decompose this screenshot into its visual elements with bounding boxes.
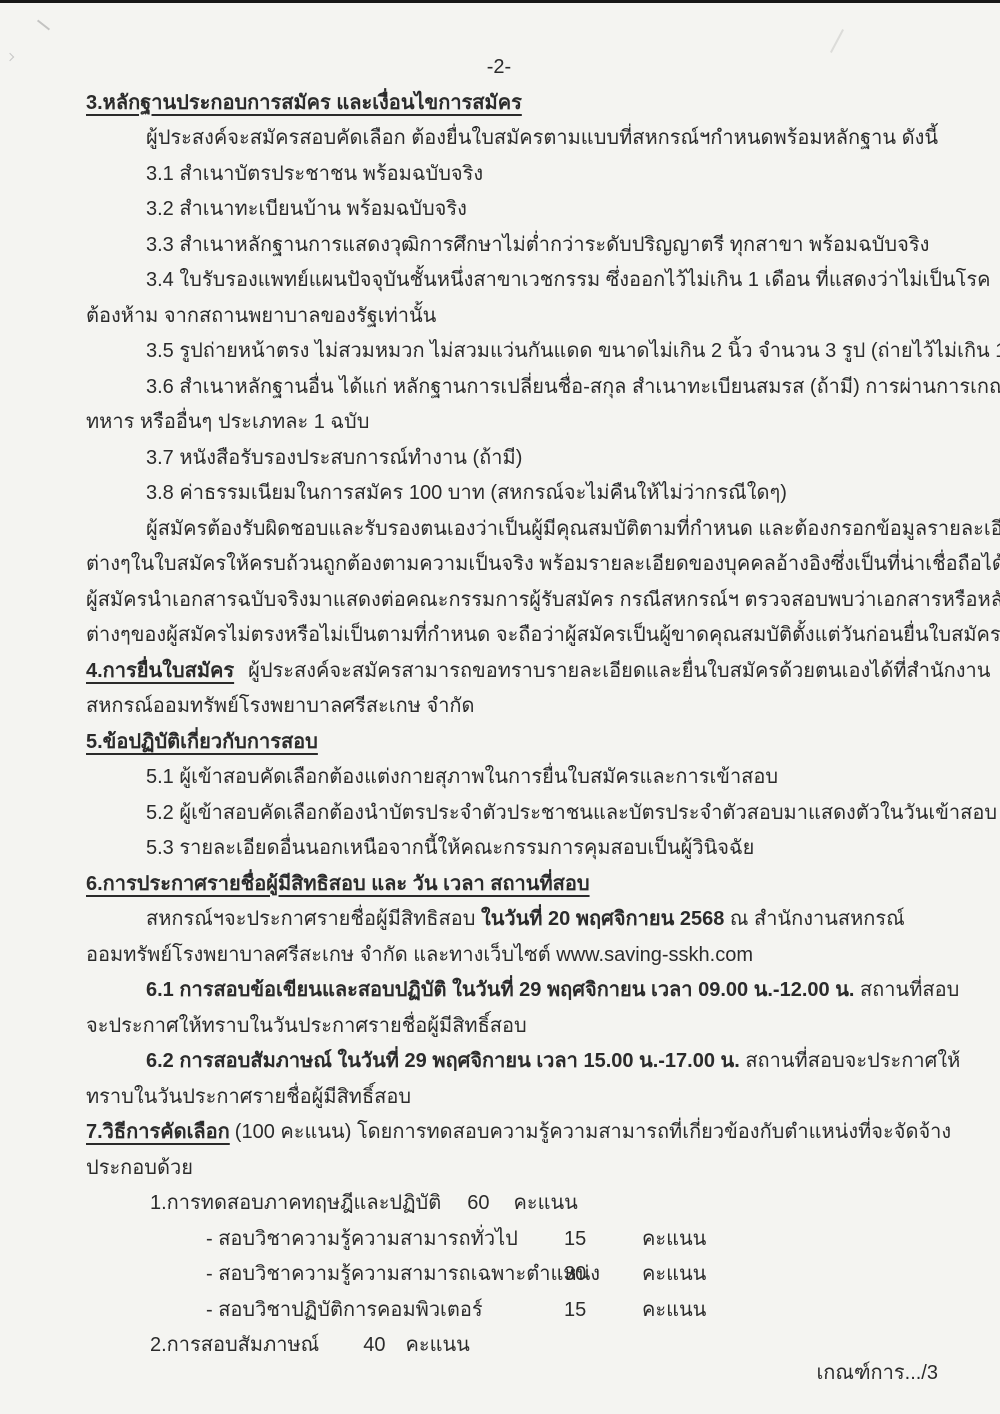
- section7-text: (100 คะแนน) โดยการทดสอบความรู้ความสามารถ…: [235, 1121, 951, 1143]
- page-continuation-marker: เกณฑ์การ.../3: [816, 1358, 938, 1388]
- section7-line2: ประกอบด้วย: [86, 1151, 912, 1187]
- section7-heading: 7.วิธีการคัดเลือก: [86, 1121, 230, 1143]
- section3-para-line1: ผู้สมัครต้องรับผิดชอบและรับรองตนเองว่าเป…: [86, 512, 912, 548]
- item-6-1-line1: 6.1 การสอบข้อเขียนและสอบปฏิบัติ ในวันที่…: [86, 973, 912, 1009]
- item-5-3: 5.3 รายละเอียดอื่นนอกเหนือจากนี้ให้คณะกร…: [86, 831, 912, 867]
- item-3-1: 3.1 สำเนาบัตรประชาชน พร้อมฉบับจริง: [86, 157, 912, 193]
- item-3-6-line2: ทหาร หรืออื่นๆ ประเภทละ 1 ฉบับ: [86, 405, 912, 441]
- section4-heading: 4.การยื่นใบสมัคร: [86, 660, 234, 682]
- item-3-8: 3.8 ค่าธรรมเนียมในการสมัคร 100 บาท (สหกร…: [86, 476, 912, 512]
- section5-heading: 5.ข้อปฏิบัติเกี่ยวกับการสอบ: [86, 731, 318, 753]
- section3-heading-line: 3.หลักฐานประกอบการสมัคร และเงื่อนไขการสม…: [86, 86, 912, 122]
- item-6-2-line1: 6.2 การสอบสัมภาษณ์ ในวันที่ 29 พฤศจิกายน…: [86, 1044, 912, 1080]
- scan-artifact: [6, 53, 14, 61]
- section3-intro: ผู้ประสงค์จะสมัครสอบคัดเลือก ต้องยื่นใบส…: [86, 121, 912, 157]
- score-label: - สอบวิชาความรู้ความสามารถเฉพาะตำแหน่ง: [206, 1257, 564, 1293]
- section3-para-line3: ผู้สมัครนำเอกสารฉบับจริงมาแสดงต่อคณะกรรม…: [86, 583, 912, 619]
- item-6-2-rest: สถานที่สอบจะประกาศให้: [740, 1050, 961, 1072]
- section6-line1: สหกรณ์ฯจะประกาศรายชื่อผู้มีสิทธิสอบ ในวั…: [86, 902, 912, 938]
- written-exam-schedule: 6.1 การสอบข้อเขียนและสอบปฏิบัติ ในวันที่…: [146, 979, 854, 1001]
- score-row-specific: - สอบวิชาความรู้ความสามารถเฉพาะตำแหน่ง30…: [86, 1257, 912, 1293]
- section6-line1-post: ณ สำนักงานสหกรณ์: [724, 908, 904, 930]
- interview-schedule: 6.2 การสอบสัมภาษณ์ ในวันที่ 29 พฤศจิกายน…: [146, 1050, 740, 1072]
- score-label: 2.การสอบสัมภาษณ์: [150, 1334, 319, 1356]
- scan-top-edge: [0, 0, 1000, 3]
- score-label: 1.การทดสอบภาคทฤษฎีและปฏิบัติ: [150, 1192, 441, 1214]
- item-6-2-line2: ทราบในวันประกาศรายชื่อผู้มีสิทธิ์สอบ: [86, 1080, 912, 1116]
- announcement-date: ในวันที่ 20 พฤศจิกายน 2568: [481, 908, 724, 930]
- score-row-interview: 2.การสอบสัมภาษณ์40คะแนน: [86, 1328, 912, 1364]
- item-6-1-rest: สถานที่สอบ: [854, 979, 959, 1001]
- score-unit: คะแนน: [642, 1222, 706, 1258]
- section3-para-line2: ต่างๆในใบสมัครให้ครบถ้วนถูกต้องตามความเป…: [86, 547, 912, 583]
- score-row-general: - สอบวิชาความรู้ความสามารถทั่วไป15คะแนน: [86, 1222, 912, 1258]
- section6-line1-pre: สหกรณ์ฯจะประกาศรายชื่อผู้มีสิทธิสอบ: [146, 908, 481, 930]
- score-unit: คะแนน: [514, 1192, 578, 1214]
- item-3-7: 3.7 หนังสือรับรองประสบการณ์ทำงาน (ถ้ามี): [86, 441, 912, 477]
- section4-text: ผู้ประสงค์จะสมัครสามารถขอทราบรายละเอียดแ…: [248, 660, 990, 682]
- score-label: - สอบวิชาปฏิบัติการคอมพิวเตอร์: [206, 1293, 564, 1329]
- score-value: 15: [564, 1222, 642, 1258]
- score-unit: คะแนน: [642, 1293, 706, 1329]
- section5-heading-line: 5.ข้อปฏิบัติเกี่ยวกับการสอบ: [86, 725, 912, 761]
- item-3-5: 3.5 รูปถ่ายหน้าตรง ไม่สวมหมวก ไม่สวมแว่น…: [86, 334, 912, 370]
- item-5-2: 5.2 ผู้เข้าสอบคัดเลือกต้องนำบัตรประจำตัว…: [86, 796, 912, 832]
- section7-line1: 7.วิธีการคัดเลือก(100 คะแนน) โดยการทดสอบ…: [86, 1115, 912, 1151]
- document-page: -2- 3.หลักฐานประกอบการสมัคร และเงื่อนไขก…: [0, 0, 1000, 1414]
- scan-artifact: [37, 20, 50, 31]
- score-unit: คะแนน: [642, 1257, 706, 1293]
- item-3-3: 3.3 สำเนาหลักฐานการแสดงวุฒิการศึกษาไม่ต่…: [86, 228, 912, 264]
- item-3-2: 3.2 สำเนาทะเบียนบ้าน พร้อมฉบับจริง: [86, 192, 912, 228]
- section4-line2: สหกรณ์ออมทรัพย์โรงพยาบาลศรีสะเกษ จำกัด: [86, 689, 912, 725]
- score-row-computer: - สอบวิชาปฏิบัติการคอมพิวเตอร์15คะแนน: [86, 1293, 912, 1329]
- score-unit: คะแนน: [405, 1334, 469, 1356]
- item-3-6-line1: 3.6 สำเนาหลักฐานอื่น ได้แก่ หลักฐานการเป…: [86, 370, 912, 406]
- item-3-4-line1: 3.4 ใบรับรองแพทย์แผนปัจจุบันชั้นหนึ่งสาข…: [86, 263, 912, 299]
- item-6-1-line2: จะประกาศให้ทราบในวันประกาศรายชื่อผู้มีสิ…: [86, 1009, 912, 1045]
- section6-line2: ออมทรัพย์โรงพยาบาลศรีสะเกษ จำกัด และทางเ…: [86, 938, 912, 974]
- score-row-theory: 1.การทดสอบภาคทฤษฎีและปฏิบัติ60คะแนน: [86, 1186, 912, 1222]
- score-label: - สอบวิชาความรู้ความสามารถทั่วไป: [206, 1222, 564, 1258]
- document-body: -2- 3.หลักฐานประกอบการสมัคร และเงื่อนไขก…: [86, 50, 912, 1364]
- score-value: 15: [564, 1293, 642, 1329]
- score-value: 30: [564, 1257, 642, 1293]
- section6-heading: 6.การประกาศรายชื่อผู้มีสิทธิสอบ และ วัน …: [86, 873, 590, 895]
- score-value: 60: [467, 1192, 489, 1214]
- score-value: 40: [363, 1334, 385, 1356]
- item-3-4-line2: ต้องห้าม จากสถานพยาบาลของรัฐเท่านั้น: [86, 299, 912, 335]
- item-5-1: 5.1 ผู้เข้าสอบคัดเลือกต้องแต่งกายสุภาพใน…: [86, 760, 912, 796]
- section3-heading: 3.หลักฐานประกอบการสมัคร และเงื่อนไขการสม…: [86, 92, 522, 114]
- section3-para-line4: ต่างๆของผู้สมัครไม่ตรงหรือไม่เป็นตามที่ก…: [86, 618, 912, 654]
- section6-heading-line: 6.การประกาศรายชื่อผู้มีสิทธิสอบ และ วัน …: [86, 867, 912, 903]
- section4-line1: 4.การยื่นใบสมัครผู้ประสงค์จะสมัครสามารถข…: [86, 654, 912, 690]
- page-number: -2-: [86, 50, 912, 86]
